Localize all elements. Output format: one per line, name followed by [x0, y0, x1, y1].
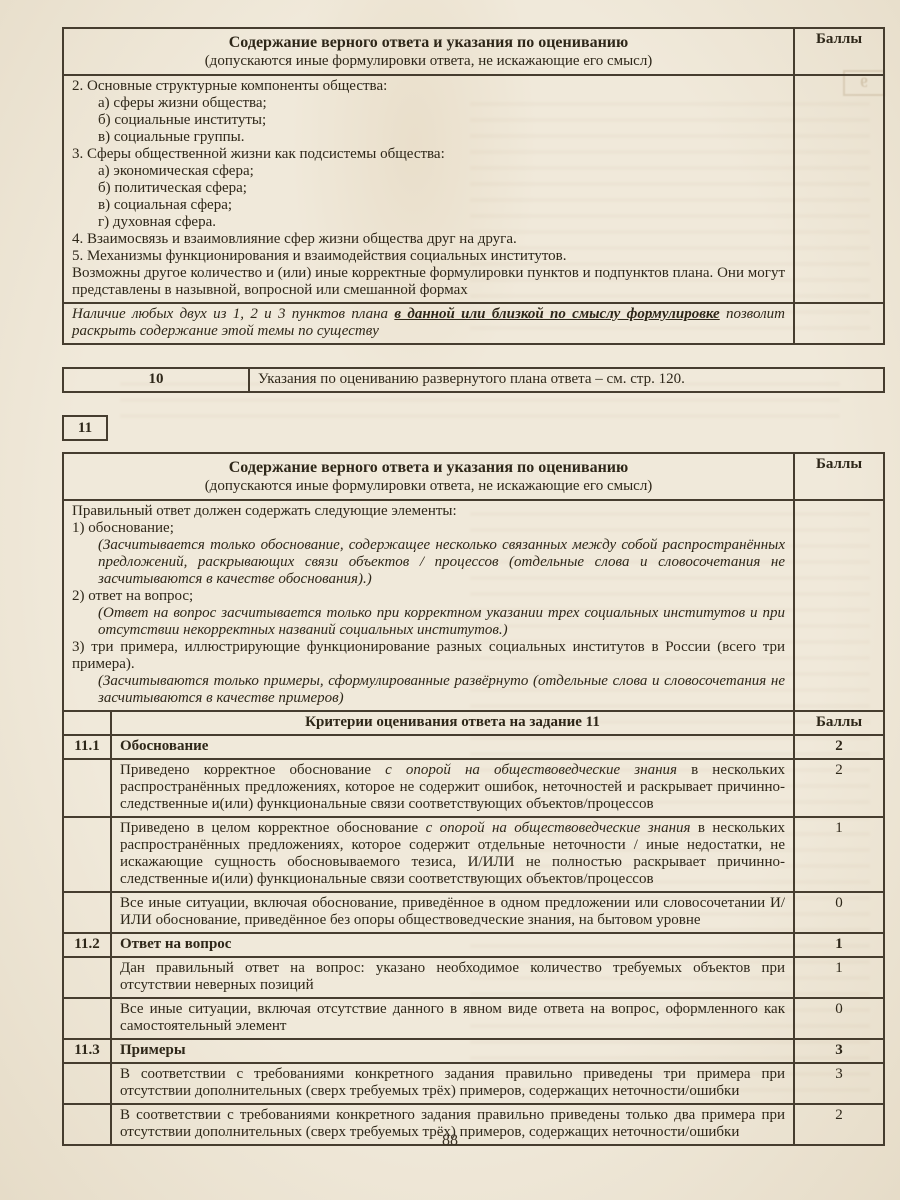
intro-note: (Засчитывается только обоснование, содер… [72, 537, 785, 588]
criterion-detail-row: Все иные ситуации, включая отсутствие да… [63, 998, 884, 1039]
plan-line: б) политическая сфера; [72, 180, 785, 197]
page-number: 88 [0, 1132, 900, 1150]
criteria-score-header: Баллы [794, 711, 884, 735]
plan-line: 5. Механизмы функционирования и взаимоде… [72, 248, 785, 265]
criterion-detail-row: Приведено в целом корректное обоснование… [63, 817, 884, 892]
plan-line: 4. Взаимосвязь и взаимовлияние сфер жизн… [72, 231, 785, 248]
criterion-title-row: 11.1 Обоснование 2 [63, 735, 884, 759]
plan-line: в) социальная сфера; [72, 197, 785, 214]
criterion-max-score: 1 [794, 933, 884, 957]
criterion-description: Все иные ситуации, включая отсутствие да… [111, 998, 794, 1039]
task-number-box: 11 [62, 415, 108, 441]
criterion-score: 1 [794, 957, 884, 998]
intro-line: 2) ответ на вопрос; [72, 588, 785, 605]
table-subtitle: (допускаются иные формулировки ответа, н… [72, 477, 785, 496]
plan-line: г) духовная сфера. [72, 214, 785, 231]
criteria-header-row: Критерии оценивания ответа на задание 11… [63, 711, 884, 735]
criterion-score: 0 [794, 998, 884, 1039]
score-cell-empty [794, 303, 884, 344]
table-header-cell: Содержание верного ответа и указания по … [63, 453, 794, 500]
plan-closing-paragraph: Возможны другое количество и (или) иные … [72, 265, 785, 299]
criterion-score: 2 [794, 759, 884, 817]
table-header-cell: Содержание верного ответа и указания по … [63, 28, 794, 75]
note-emphasis: в данной или близкой по смыслу формулиро… [394, 306, 719, 322]
note-prefix: Наличие любых двух из 1, 2 и 3 пунктов п… [72, 306, 394, 322]
plan-line: а) сферы жизни общества; [72, 95, 785, 112]
task-number-cell: 10 [63, 368, 249, 392]
criterion-description: Все иные ситуации, включая обоснование, … [111, 892, 794, 933]
plan-line: 3. Сферы общественной жизни как подсисте… [72, 146, 785, 163]
criteria-num-header-empty [63, 711, 111, 735]
task11-scoring-table: Содержание верного ответа и указания по … [62, 452, 885, 1146]
criterion-max-score: 3 [794, 1039, 884, 1063]
criterion-score: 1 [794, 817, 884, 892]
criterion-detail-row: Приведено корректное обоснование с опоро… [63, 759, 884, 817]
score-cell-empty [794, 500, 884, 711]
intro-note: (Ответ на вопрос засчитывается только пр… [72, 605, 785, 639]
criterion-number: 11.2 [63, 933, 111, 957]
answer-requirements-row: Правильный ответ должен содержать следую… [63, 500, 884, 711]
scanned-book-page: 9 Содержание верного ответа и указания п… [0, 0, 900, 1200]
criteria-header-title: Критерии оценивания ответа на задание 11 [111, 711, 794, 735]
criterion-title: Обоснование [111, 735, 794, 759]
table-title: Содержание верного ответа и указания по … [72, 456, 785, 477]
criterion-number: 11.1 [63, 735, 111, 759]
intro-note: (Засчитываются только примеры, сформулир… [72, 673, 785, 707]
plan-line: 2. Основные структурные компоненты общес… [72, 78, 785, 95]
criterion-description: Приведено в целом корректное обоснование… [111, 817, 794, 892]
score-cell-empty [794, 75, 884, 303]
task10-reference-row: 10 Указания по оцениванию развернутого п… [62, 367, 885, 393]
intro-line: Правильный ответ должен содержать следую… [72, 503, 785, 520]
criterion-title: Примеры [111, 1039, 794, 1063]
answer-requirements-cell: Правильный ответ должен содержать следую… [63, 500, 794, 711]
criterion-detail-row: Дан правильный ответ на вопрос: указано … [63, 957, 884, 998]
criterion-description: Приведено корректное обоснование с опоро… [111, 759, 794, 817]
table-title: Содержание верного ответа и указания по … [72, 31, 785, 52]
criterion-detail-row: Все иные ситуации, включая обоснование, … [63, 892, 884, 933]
criterion-title-row: 11.3 Примеры 3 [63, 1039, 884, 1063]
score-column-header: Баллы [794, 453, 884, 500]
plan-line: а) экономическая сфера; [72, 163, 785, 180]
table-header-row: Содержание верного ответа и указания по … [63, 28, 884, 75]
plan-line: б) социальные институты; [72, 112, 785, 129]
criterion-number: 11.3 [63, 1039, 111, 1063]
answer-content-row: 2. Основные структурные компоненты общес… [63, 75, 884, 303]
criterion-detail-row: В соответствии с требованиями конкретног… [63, 1063, 884, 1104]
reference-text-cell: Указания по оцениванию развернутого план… [249, 368, 884, 392]
criterion-max-score: 2 [794, 735, 884, 759]
task10-scoring-table: Содержание верного ответа и указания по … [62, 27, 885, 345]
plan-line: в) социальные группы. [72, 129, 785, 146]
criterion-description: В соответствии с требованиями конкретног… [111, 1063, 794, 1104]
table-subtitle: (допускаются иные формулировки ответа, н… [72, 52, 785, 71]
page-content: Содержание верного ответа и указания по … [62, 27, 885, 1146]
criterion-title: Ответ на вопрос [111, 933, 794, 957]
note-cell: Наличие любых двух из 1, 2 и 3 пунктов п… [63, 303, 794, 344]
criterion-description: Дан правильный ответ на вопрос: указано … [111, 957, 794, 998]
criterion-score: 0 [794, 892, 884, 933]
intro-line: 3) три примера, иллюстрирующие функциони… [72, 639, 785, 673]
criterion-score: 3 [794, 1063, 884, 1104]
score-column-header: Баллы [794, 28, 884, 75]
answer-content-cell: 2. Основные структурные компоненты общес… [63, 75, 794, 303]
note-row: Наличие любых двух из 1, 2 и 3 пунктов п… [63, 303, 884, 344]
criterion-title-row: 11.2 Ответ на вопрос 1 [63, 933, 884, 957]
intro-line: 1) обоснование; [72, 520, 785, 537]
table-header-row: Содержание верного ответа и указания по … [63, 453, 884, 500]
reference-row: 10 Указания по оцениванию развернутого п… [63, 368, 884, 392]
